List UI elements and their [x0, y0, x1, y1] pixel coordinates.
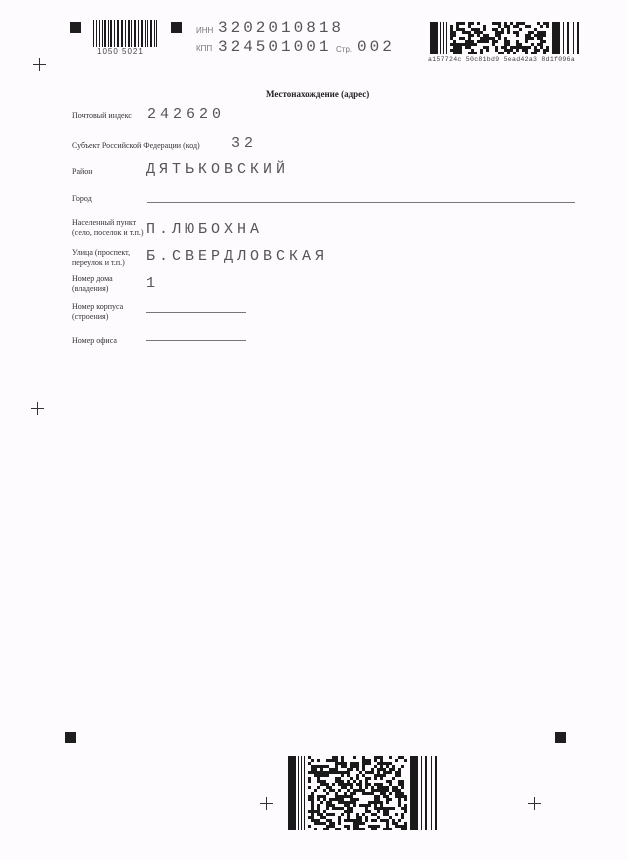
- street-label: Улица (проспект, переулок и т.п.): [72, 248, 130, 268]
- registration-marker-icon: [70, 22, 81, 33]
- city-field-line: [147, 202, 575, 203]
- crop-mark-icon: [33, 58, 46, 71]
- district-label: Район: [72, 167, 93, 177]
- inn-value: 3202010818: [218, 19, 344, 37]
- building-label-line2: (строения): [72, 312, 123, 322]
- street-value: Б.СВЕРДЛОВСКАЯ: [146, 248, 328, 265]
- linear-barcode-icon: [93, 20, 159, 47]
- house-label: Номер дома (владения): [72, 274, 113, 294]
- kpp-value: 324501001: [218, 38, 331, 56]
- settlement-value: П.ЛЮБОХНА: [146, 221, 263, 238]
- crop-mark-icon: [260, 797, 273, 810]
- settlement-label: Населенный пункт (село, поселок и т.п.): [72, 218, 144, 238]
- barcode-number: 1050 5021: [97, 47, 144, 56]
- settlement-label-line2: (село, поселок и т.п.): [72, 228, 144, 238]
- city-label: Город: [72, 194, 92, 204]
- postal-code-label: Почтовый индекс: [72, 111, 132, 121]
- building-label-line1: Номер корпуса: [72, 302, 123, 312]
- registration-marker-icon: [555, 732, 566, 743]
- crop-mark-icon: [528, 797, 541, 810]
- office-label: Номер офиса: [72, 336, 117, 346]
- barcode-hash: a157724c 50c81bd9 5ead42a3 8d1f096a: [428, 56, 575, 63]
- pdf417-barcode-icon: [430, 22, 582, 54]
- page-label: Стр.: [336, 45, 352, 54]
- house-label-line1: Номер дома: [72, 274, 113, 284]
- kpp-label: КПП: [196, 44, 212, 53]
- registration-marker-icon: [65, 732, 76, 743]
- building-label: Номер корпуса (строения): [72, 302, 123, 322]
- section-title: Местонахождение (адрес): [266, 89, 369, 99]
- inn-label: ИНН: [196, 26, 213, 35]
- house-value: 1: [146, 275, 159, 292]
- street-label-line1: Улица (проспект,: [72, 248, 130, 258]
- crop-mark-icon: [31, 402, 44, 415]
- district-value: ДЯТЬКОВСКИЙ: [146, 161, 289, 178]
- postal-code-value: 242620: [147, 106, 225, 123]
- building-field-line: [146, 312, 246, 313]
- settlement-label-line1: Населенный пункт: [72, 218, 144, 228]
- page-value: 002: [357, 38, 395, 56]
- pdf417-barcode-icon: [288, 756, 440, 830]
- registration-marker-icon: [171, 22, 182, 33]
- house-label-line2: (владения): [72, 284, 113, 294]
- region-label: Субъект Российской Федерации (код): [72, 141, 200, 151]
- street-label-line2: переулок и т.п.): [72, 258, 130, 268]
- region-value: 32: [231, 135, 257, 152]
- office-field-line: [146, 340, 246, 341]
